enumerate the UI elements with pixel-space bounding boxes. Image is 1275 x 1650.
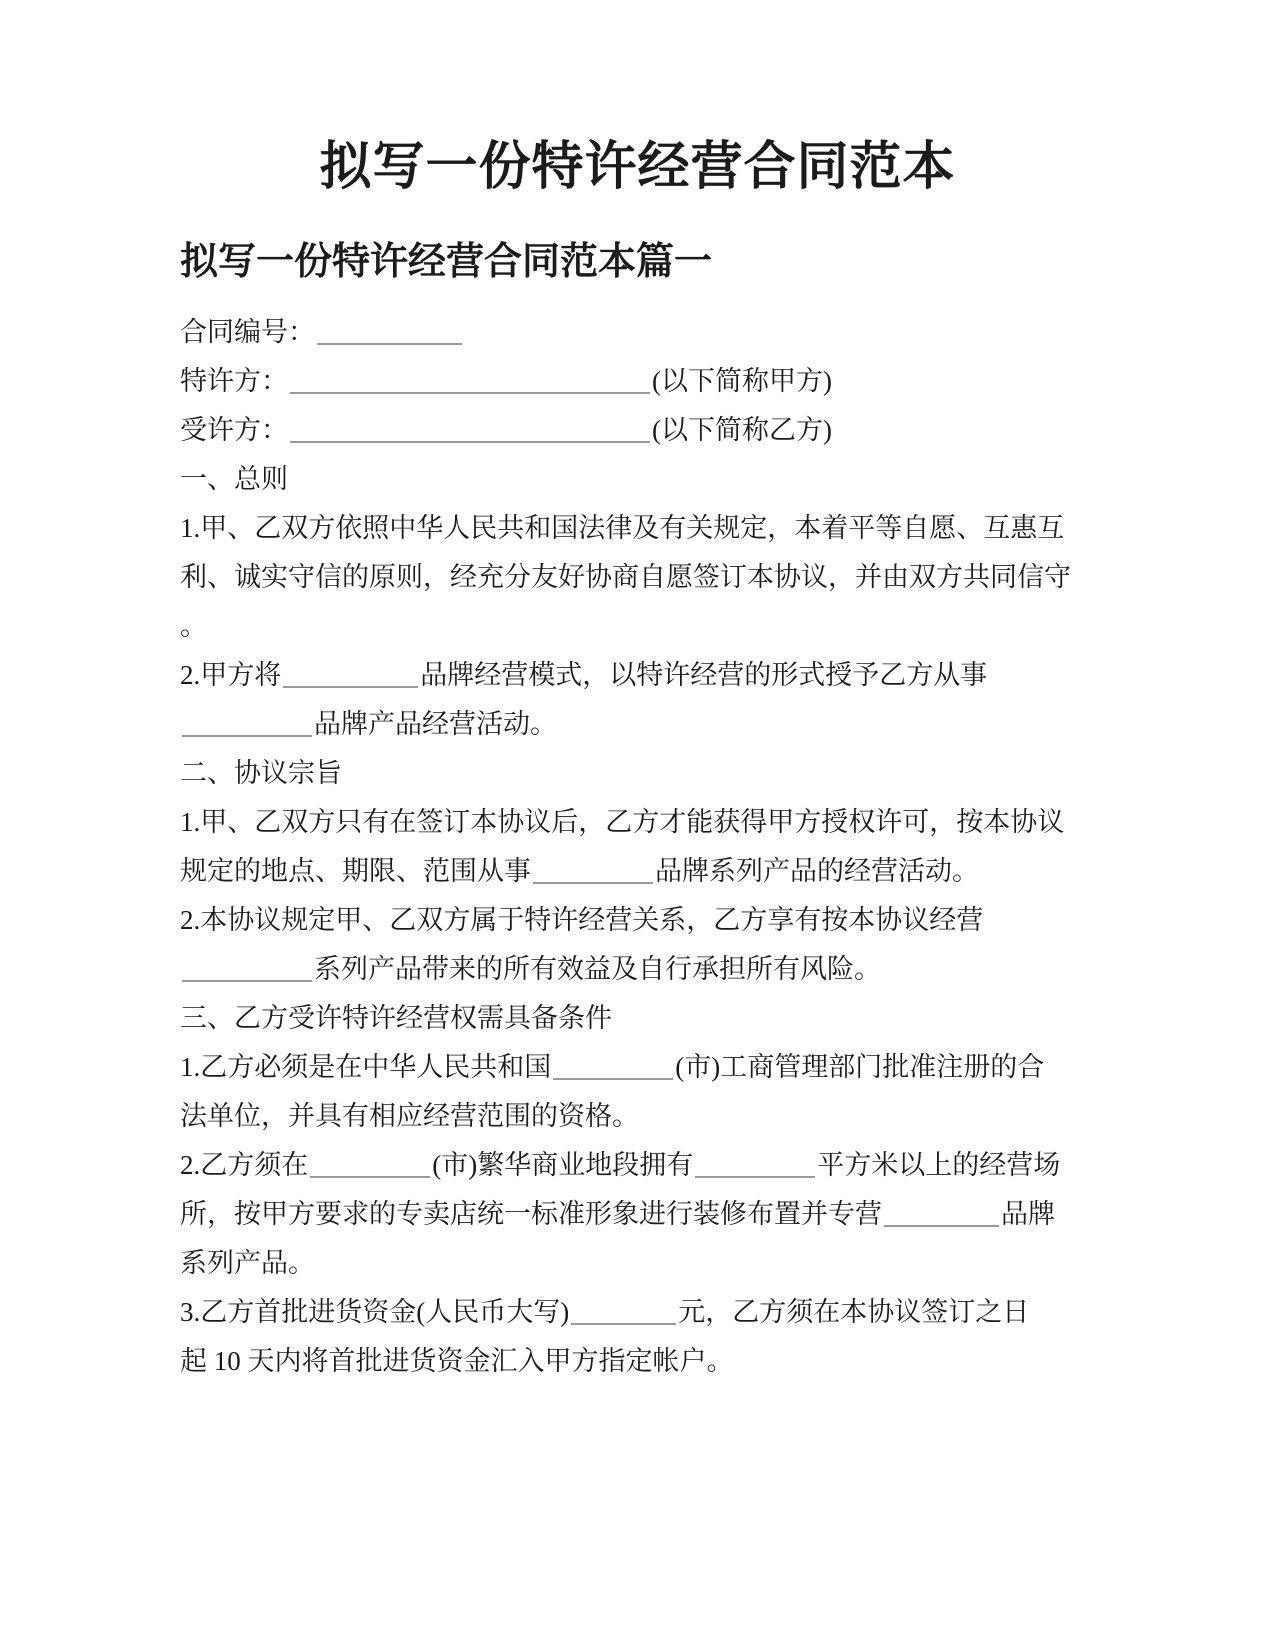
- contract-line: 1.甲、乙双方只有在签订本协议后，乙方才能获得甲方授权许可，按本协议: [180, 798, 1095, 847]
- text-segment: 2.本协议规定甲、乙双方属于特许经营关系，乙方享有按本协议经营: [180, 905, 983, 935]
- contract-line: 1.乙方必须是在中华人民共和国(市)工商管理部门批准注册的合: [180, 1043, 1095, 1092]
- text-segment: 起 10 天内将首批进货资金汇入甲方指定帐户。: [180, 1346, 734, 1376]
- text-segment: 1.甲、乙双方只有在签订本协议后，乙方才能获得甲方授权许可，按本协议: [180, 807, 1064, 837]
- contract-line: 2.乙方须在(市)繁华商业地段拥有平方米以上的经营场: [180, 1141, 1095, 1190]
- text-segment: 利、诚实守信的原则，经充分友好协商自愿签订本协议，并由双方共同信守: [180, 562, 1071, 592]
- contract-page: 拟写一份特许经营合同范本 拟写一份特许经营合同范本篇一 合同编号：特许方：(以下…: [0, 0, 1275, 1650]
- contract-line: 2.本协议规定甲、乙双方属于特许经营关系，乙方享有按本协议经营: [180, 896, 1095, 945]
- contract-line: 品牌产品经营活动。: [180, 700, 1095, 749]
- blank-field: [533, 879, 653, 884]
- text-segment: 品牌产品经营活动。: [314, 709, 557, 739]
- text-segment: 品牌经营模式，以特许经营的形式授予乙方从事: [420, 660, 987, 690]
- contract-line: 三、乙方受许特许经营权需具备条件: [180, 994, 1095, 1043]
- blank-field: [182, 732, 312, 737]
- blank-field: [695, 1173, 815, 1178]
- text-segment: 特许方：: [180, 366, 288, 396]
- blank-field: [290, 389, 650, 394]
- blank-field: [317, 340, 462, 345]
- blank-field: [571, 1320, 676, 1325]
- document-title: 拟写一份特许经营合同范本: [180, 0, 1095, 200]
- text-segment: (以下简称甲方): [652, 366, 832, 396]
- blank-field: [553, 1075, 673, 1080]
- text-segment: 。: [180, 611, 207, 641]
- blank-field: [290, 438, 650, 443]
- contract-line: 起 10 天内将首批进货资金汇入甲方指定帐户。: [180, 1337, 1095, 1386]
- text-segment: 合同编号：: [180, 317, 315, 347]
- blank-field: [182, 977, 312, 982]
- text-segment: 所，按甲方要求的专卖店统一标准形象进行装修布置并专营: [180, 1199, 882, 1229]
- contract-line: 。: [180, 602, 1095, 651]
- text-segment: (市)工商管理部门批准注册的合: [675, 1052, 1044, 1082]
- contract-line: 合同编号：: [180, 308, 1095, 357]
- contract-line: 二、协议宗旨: [180, 749, 1095, 798]
- blank-field: [283, 683, 418, 688]
- text-segment: 法单位，并具有相应经营范围的资格。: [180, 1101, 639, 1131]
- contract-line: 法单位，并具有相应经营范围的资格。: [180, 1092, 1095, 1141]
- text-segment: 2.乙方须在: [180, 1150, 308, 1180]
- contract-line: 1.甲、乙双方依照中华人民共和国法律及有关规定，本着平等自愿、互惠互: [180, 504, 1095, 553]
- text-segment: 1.乙方必须是在中华人民共和国: [180, 1052, 551, 1082]
- document-subtitle: 拟写一份特许经营合同范本篇一: [180, 200, 1095, 286]
- text-segment: 元，乙方须在本协议签订之日: [678, 1297, 1029, 1327]
- contract-line: 利、诚实守信的原则，经充分友好协商自愿签订本协议，并由双方共同信守: [180, 553, 1095, 602]
- contract-line: 一、总则: [180, 455, 1095, 504]
- text-segment: (市)繁华商业地段拥有: [432, 1150, 693, 1180]
- contract-content: 拟写一份特许经营合同范本 拟写一份特许经营合同范本篇一 合同编号：特许方：(以下…: [0, 0, 1275, 1386]
- text-segment: 2.甲方将: [180, 660, 281, 690]
- contract-line: 3.乙方首批进货资金(人民币大写)元，乙方须在本协议签订之日: [180, 1288, 1095, 1337]
- contract-line: 特许方：(以下简称甲方): [180, 357, 1095, 406]
- text-segment: (以下简称乙方): [652, 415, 832, 445]
- text-segment: 二、协议宗旨: [180, 758, 342, 788]
- text-segment: 规定的地点、期限、范围从事: [180, 856, 531, 886]
- contract-line: 系列产品。: [180, 1239, 1095, 1288]
- text-segment: 品牌: [1001, 1199, 1055, 1229]
- contract-line: 2.甲方将品牌经营模式，以特许经营的形式授予乙方从事: [180, 651, 1095, 700]
- text-segment: 系列产品。: [180, 1248, 315, 1278]
- text-segment: 系列产品带来的所有效益及自行承担所有风险。: [314, 954, 881, 984]
- contract-line: 受许方：(以下简称乙方): [180, 406, 1095, 455]
- text-segment: 3.乙方首批进货资金(人民币大写): [180, 1297, 569, 1327]
- text-segment: 受许方：: [180, 415, 288, 445]
- text-segment: 品牌系列产品的经营活动。: [655, 856, 979, 886]
- text-segment: 三、乙方受许特许经营权需具备条件: [180, 1003, 612, 1033]
- contract-line: 系列产品带来的所有效益及自行承担所有风险。: [180, 945, 1095, 994]
- text-segment: 1.甲、乙双方依照中华人民共和国法律及有关规定，本着平等自愿、互惠互: [180, 513, 1064, 543]
- text-segment: 一、总则: [180, 464, 288, 494]
- text-segment: 平方米以上的经营场: [817, 1150, 1060, 1180]
- contract-line: 所，按甲方要求的专卖店统一标准形象进行装修布置并专营品牌: [180, 1190, 1095, 1239]
- blank-field: [310, 1173, 430, 1178]
- contract-body: 合同编号：特许方：(以下简称甲方)受许方：(以下简称乙方)一、总则1.甲、乙双方…: [180, 286, 1095, 1386]
- blank-field: [884, 1222, 999, 1227]
- contract-line: 规定的地点、期限、范围从事品牌系列产品的经营活动。: [180, 847, 1095, 896]
